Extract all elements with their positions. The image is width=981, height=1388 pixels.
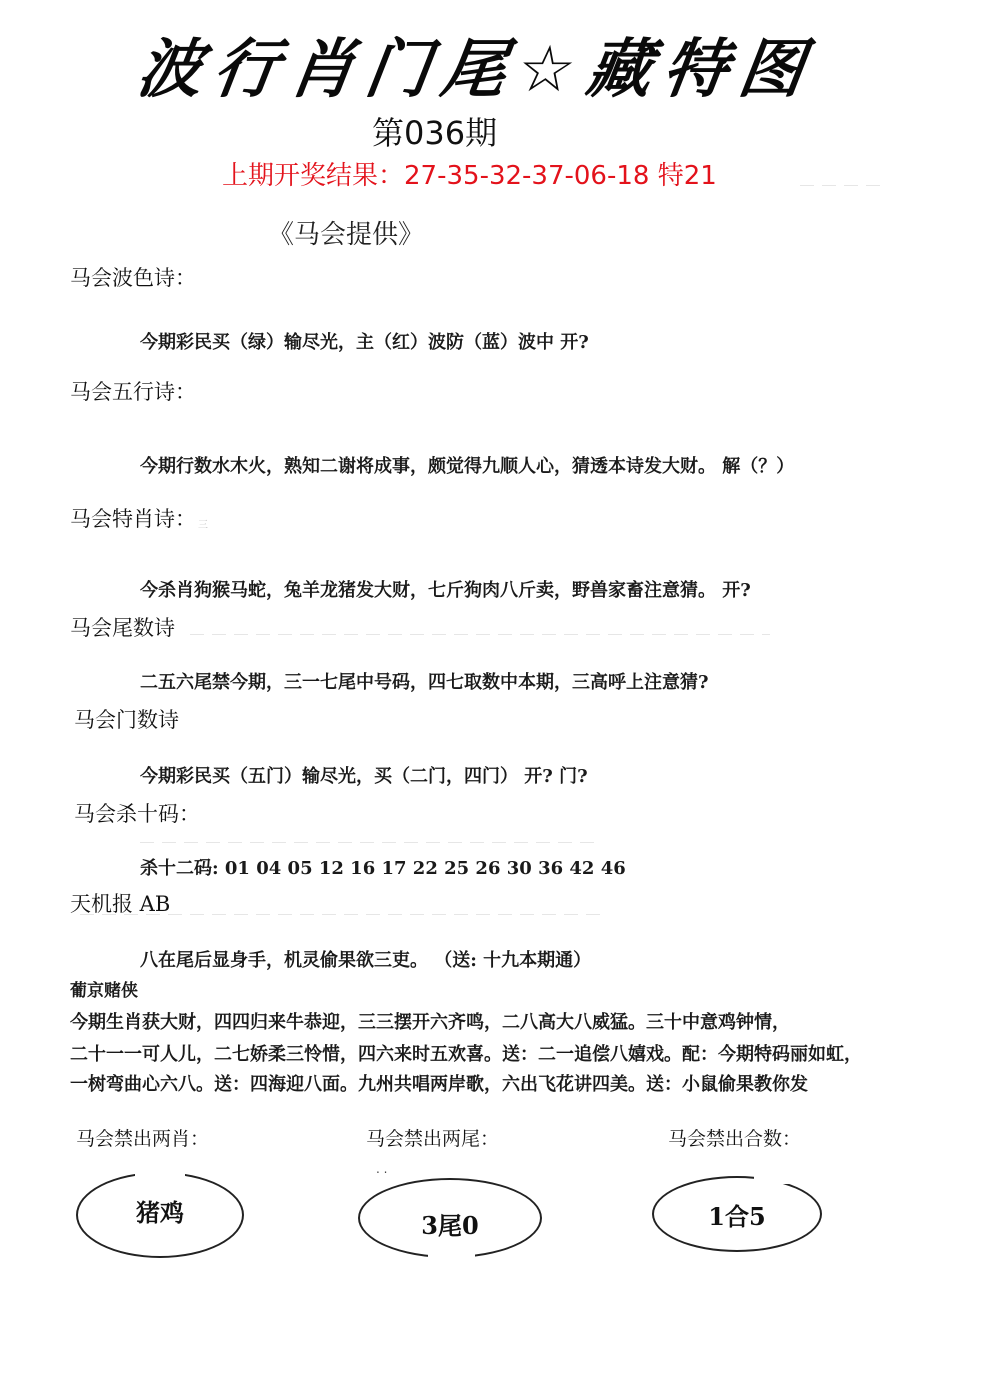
scan-artifact-line: [190, 634, 770, 635]
scan-artifact-line: [80, 914, 600, 915]
section-content-tail-number: 二五六尾禁今期，三一七尾中号码，四七取数中本期，三高呼上注意猜?: [140, 668, 709, 694]
section-heading-door-number: 马会门数诗: [74, 704, 179, 734]
forbidden-zodiac-oval: 猪鸡: [76, 1172, 244, 1258]
issue-number: 第036期: [372, 108, 497, 154]
forbidden-tail-value: 3尾0: [421, 1206, 478, 1241]
pujing-line-2: 二十一一可人儿，二七娇柔三怜惜，四六来时五欢喜。送：二一追偿八嬉戏。配：今期特码…: [70, 1040, 862, 1066]
last-draw-result: 上期开奖结果：27-35-32-37-06-18 特21: [222, 155, 717, 192]
section-content-kill-numbers: 杀十二码: 01 04 05 12 16 17 22 25 26 30 36 4…: [140, 854, 626, 880]
last-result-numbers: 27-35-32-37-06-18: [404, 161, 649, 191]
last-result-special: 特21: [658, 161, 717, 191]
section-content-wave-color: 今期彩民买（绿）输尽光，主（红）波防（蓝）波中 开?: [140, 328, 589, 354]
forbidden-zodiac-label: 马会禁出两肖：: [76, 1124, 209, 1151]
section-content-five-elements: 今期行数水木火，熟知二谢将成事，颇觉得九顺人心，猜透本诗发大财。 解（？）: [140, 452, 794, 478]
scan-artifact-line: [800, 185, 880, 186]
provider-label: 《马会提供》: [268, 214, 424, 251]
pujing-heading: 葡京赌侠: [70, 976, 138, 1001]
pujing-line-3: 一树弯曲心六八。送：四海迎八面。九州共唱两岸歌，六出飞花讲四美。送：小鼠偷果教你…: [70, 1070, 808, 1096]
forbidden-zodiac-value: 猪鸡: [136, 1193, 184, 1228]
section-heading-kill-numbers: 马会杀十码：: [74, 798, 200, 828]
section-heading-special-zodiac: 马会特肖诗：: [70, 503, 196, 533]
pujing-line-1: 今期生肖获大财，四四归来牛恭迎，三三摆开六齐鸣，二八高大八威猛。三十中意鸡钟情，: [70, 1008, 790, 1034]
forbidden-sum-oval: 1合5: [652, 1176, 822, 1252]
section-content-tianji: 八在尾后显身手，机灵偷果欲三吏。 （送: 十九本期通）: [140, 946, 591, 972]
last-result-label: 上期开奖结果：: [222, 161, 404, 191]
forbidden-tail-oval: 3尾0: [358, 1178, 542, 1258]
forbidden-sum-value: 1合5: [708, 1197, 765, 1232]
section-content-special-zodiac: 今杀肖狗猴马蛇，兔羊龙猪发大财，七斤狗肉八斤卖，野兽家畜注意猜。 开?: [140, 576, 751, 602]
section-content-door-number: 今期彩民买（五门）输尽光，买（二门，四门） 开? 门?: [140, 762, 588, 788]
scan-artifact-dots: . .: [376, 1162, 387, 1176]
scan-artifact-mark: 三: [198, 516, 208, 531]
scan-artifact-line: [140, 842, 600, 843]
oval-gap: [754, 1174, 791, 1184]
section-heading-five-elements: 马会五行诗：: [70, 376, 196, 406]
forbidden-tail-label: 马会禁出两尾：: [366, 1124, 499, 1151]
section-heading-wave-color: 马会波色诗：: [70, 262, 196, 292]
forbidden-sum-label: 马会禁出合数：: [668, 1124, 801, 1151]
oval-gap: [428, 1250, 475, 1260]
section-heading-tail-number: 马会尾数诗: [70, 612, 175, 642]
page-title: 波行肖门尾☆藏特图: [132, 30, 821, 110]
oval-gap: [135, 1170, 184, 1180]
